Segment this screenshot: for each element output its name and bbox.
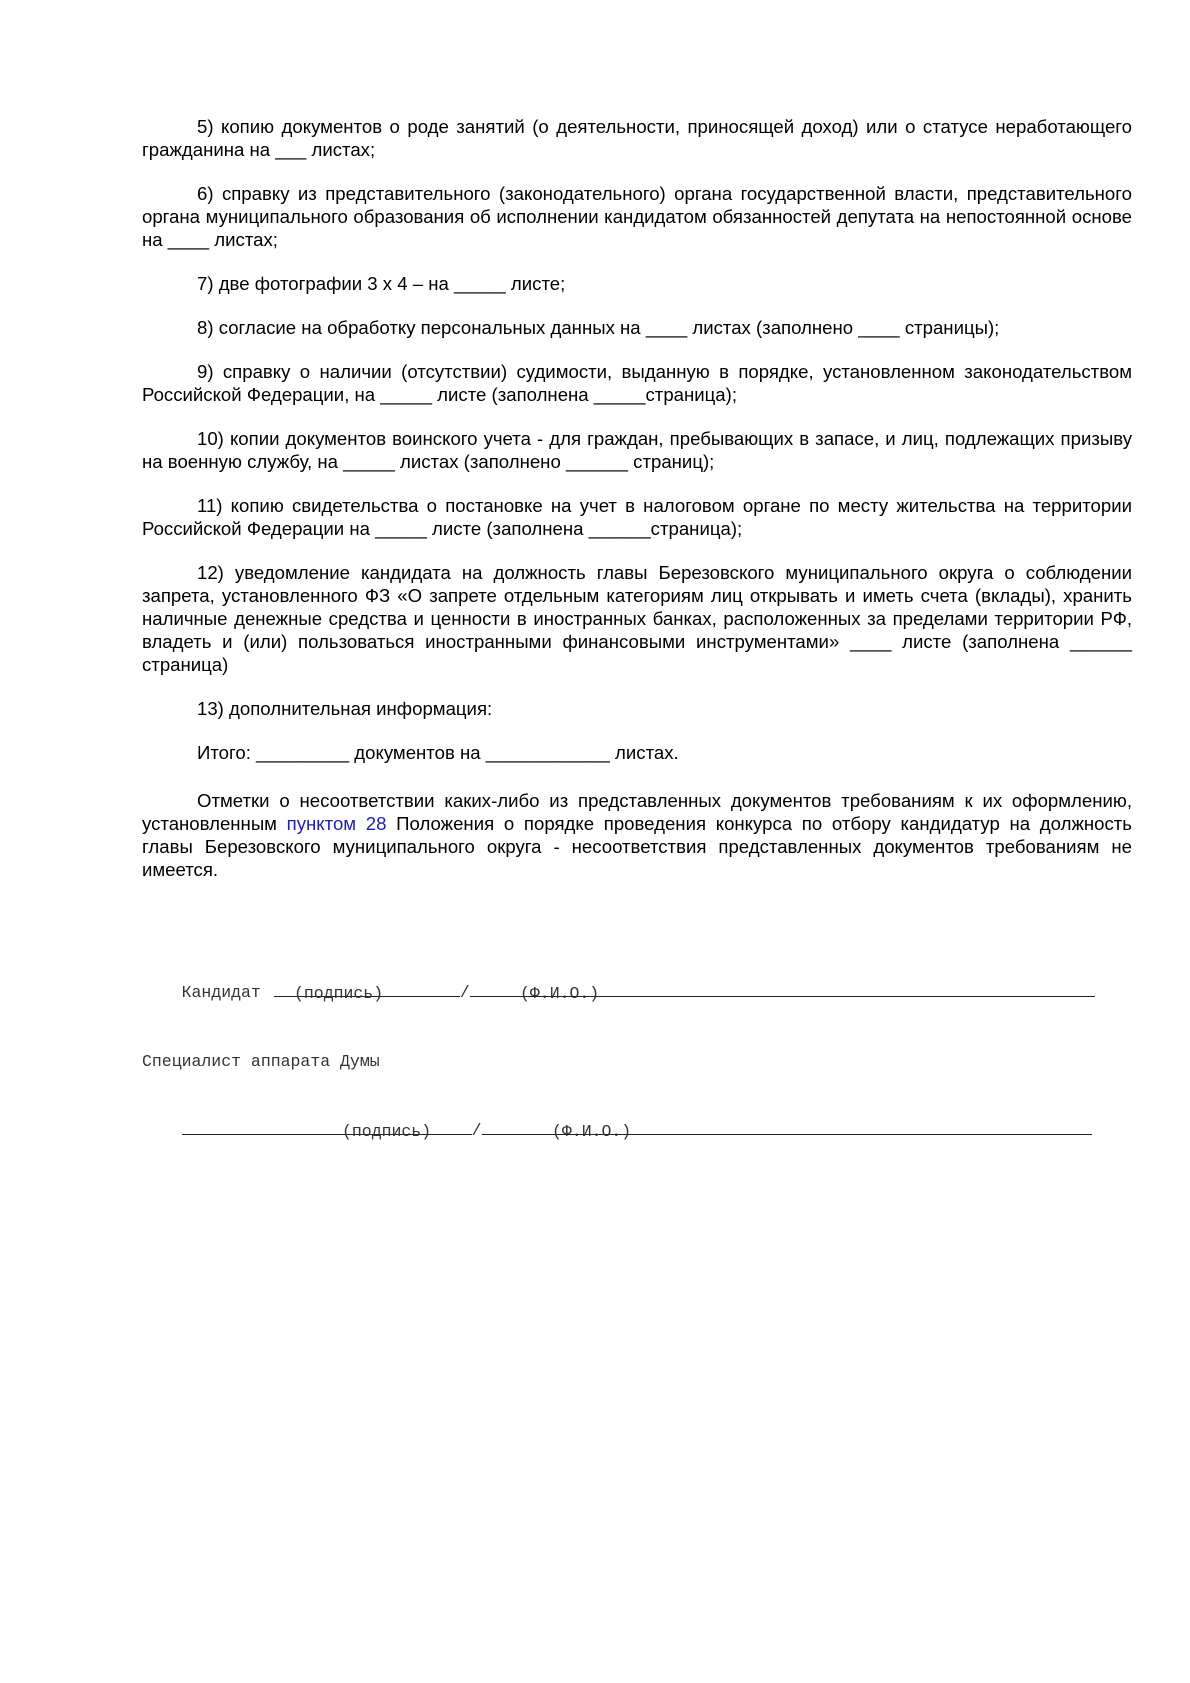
document-page: 5) копию документов о роде занятий (о де… <box>142 115 1132 902</box>
item-11: 11) копию свидетельства о постановке на … <box>142 494 1132 540</box>
candidate-name-caption: (Ф.И.О.) <box>520 984 599 1004</box>
item-9: 9) справку о наличии (отсутствии) судимо… <box>142 360 1132 406</box>
compliance-note: Отметки о несоответствии каких-либо из п… <box>142 789 1132 881</box>
item-5: 5) копию документов о роде занятий (о де… <box>142 115 1132 161</box>
candidate-label: Кандидат <box>182 983 261 1002</box>
candidate-signature-caption: (подпись) <box>294 984 383 1004</box>
clause-28-link[interactable]: пунктом 28 <box>287 813 387 834</box>
total-line: Итого: _________ документов на _________… <box>142 741 1132 764</box>
item-13: 13) дополнительная информация: <box>142 697 1132 720</box>
item-10: 10) копии документов воинского учета - д… <box>142 427 1132 473</box>
item-12: 12) уведомление кандидата на должность г… <box>142 561 1132 676</box>
candidate-signature-block: Кандидат/ (подпись) (Ф.И.О.) <box>142 962 162 1042</box>
item-7: 7) две фотографии 3 х 4 – на _____ листе… <box>142 272 1132 295</box>
specialist-signature-caption: (подпись) <box>342 1122 431 1142</box>
specialist-label: Специалист аппарата Думы <box>142 1052 380 1072</box>
candidate-separator: / <box>460 983 470 1003</box>
specialist-name-caption: (Ф.И.О.) <box>552 1122 631 1142</box>
item-8: 8) согласие на обработку персональных да… <box>142 316 1132 339</box>
specialist-separator: / <box>472 1121 482 1141</box>
item-6: 6) справку из представительного (законод… <box>142 182 1132 251</box>
specialist-signature-block: Специалист аппарата Думы / (подпись) (Ф.… <box>142 1052 162 1152</box>
